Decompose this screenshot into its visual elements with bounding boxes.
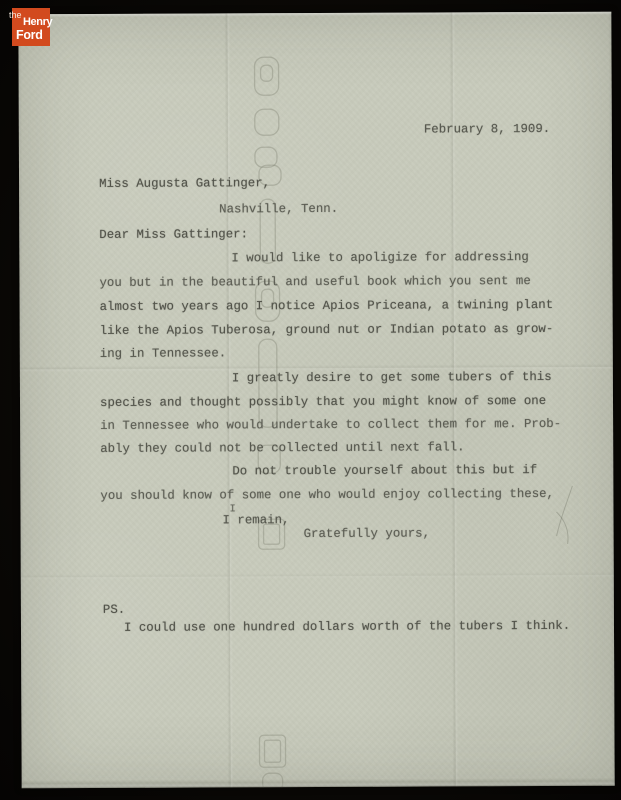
letter-line: species and thought possibly that you mi…: [100, 394, 546, 410]
letter-line: you but in the beautiful and useful book…: [99, 274, 530, 290]
letter-line: I greatly desire to get some tubers of t…: [232, 370, 552, 385]
letter-line: you should know of some one who would en…: [100, 487, 554, 503]
logo-name-line1: Henry: [23, 16, 52, 28]
logo-name-line2: Ford: [16, 28, 43, 42]
letter-line: Dear Miss Gattinger:: [99, 227, 248, 242]
letter-paper: February 8, 1909.Miss Augusta Gattinger,…: [18, 12, 614, 789]
letter-line: Miss Augusta Gattinger,: [99, 176, 270, 191]
letter-line: almost two years ago I notice Apios Pric…: [100, 298, 554, 314]
scan-background: February 8, 1909.Miss Augusta Gattinger,…: [0, 0, 621, 800]
letter-text: February 8, 1909.Miss Augusta Gattinger,…: [18, 12, 614, 789]
letter-line: I remain,: [222, 513, 289, 527]
letter-line: Do not trouble yourself about this but i…: [232, 463, 537, 478]
letter-line: Gratefully yours,: [304, 527, 430, 542]
letter-line: like the Apios Tuberosa, ground nut or I…: [100, 322, 554, 338]
letter-line: PS.: [103, 603, 125, 617]
letter-line: ing in Tennessee.: [100, 346, 226, 361]
letter-line: Nashville, Tenn.: [219, 202, 338, 217]
letter-line: I could use one hundred dollars worth of…: [124, 619, 570, 635]
letter-line: ably they could not be collected until n…: [100, 440, 464, 456]
letter-line: I would like to apoligize for addressing: [231, 250, 528, 265]
henry-ford-logo: the Henry Ford: [12, 8, 50, 46]
letter-line: February 8, 1909.: [424, 122, 550, 137]
letter-line: in Tennessee who would undertake to coll…: [100, 417, 561, 433]
logo-prefix: the: [9, 10, 22, 20]
